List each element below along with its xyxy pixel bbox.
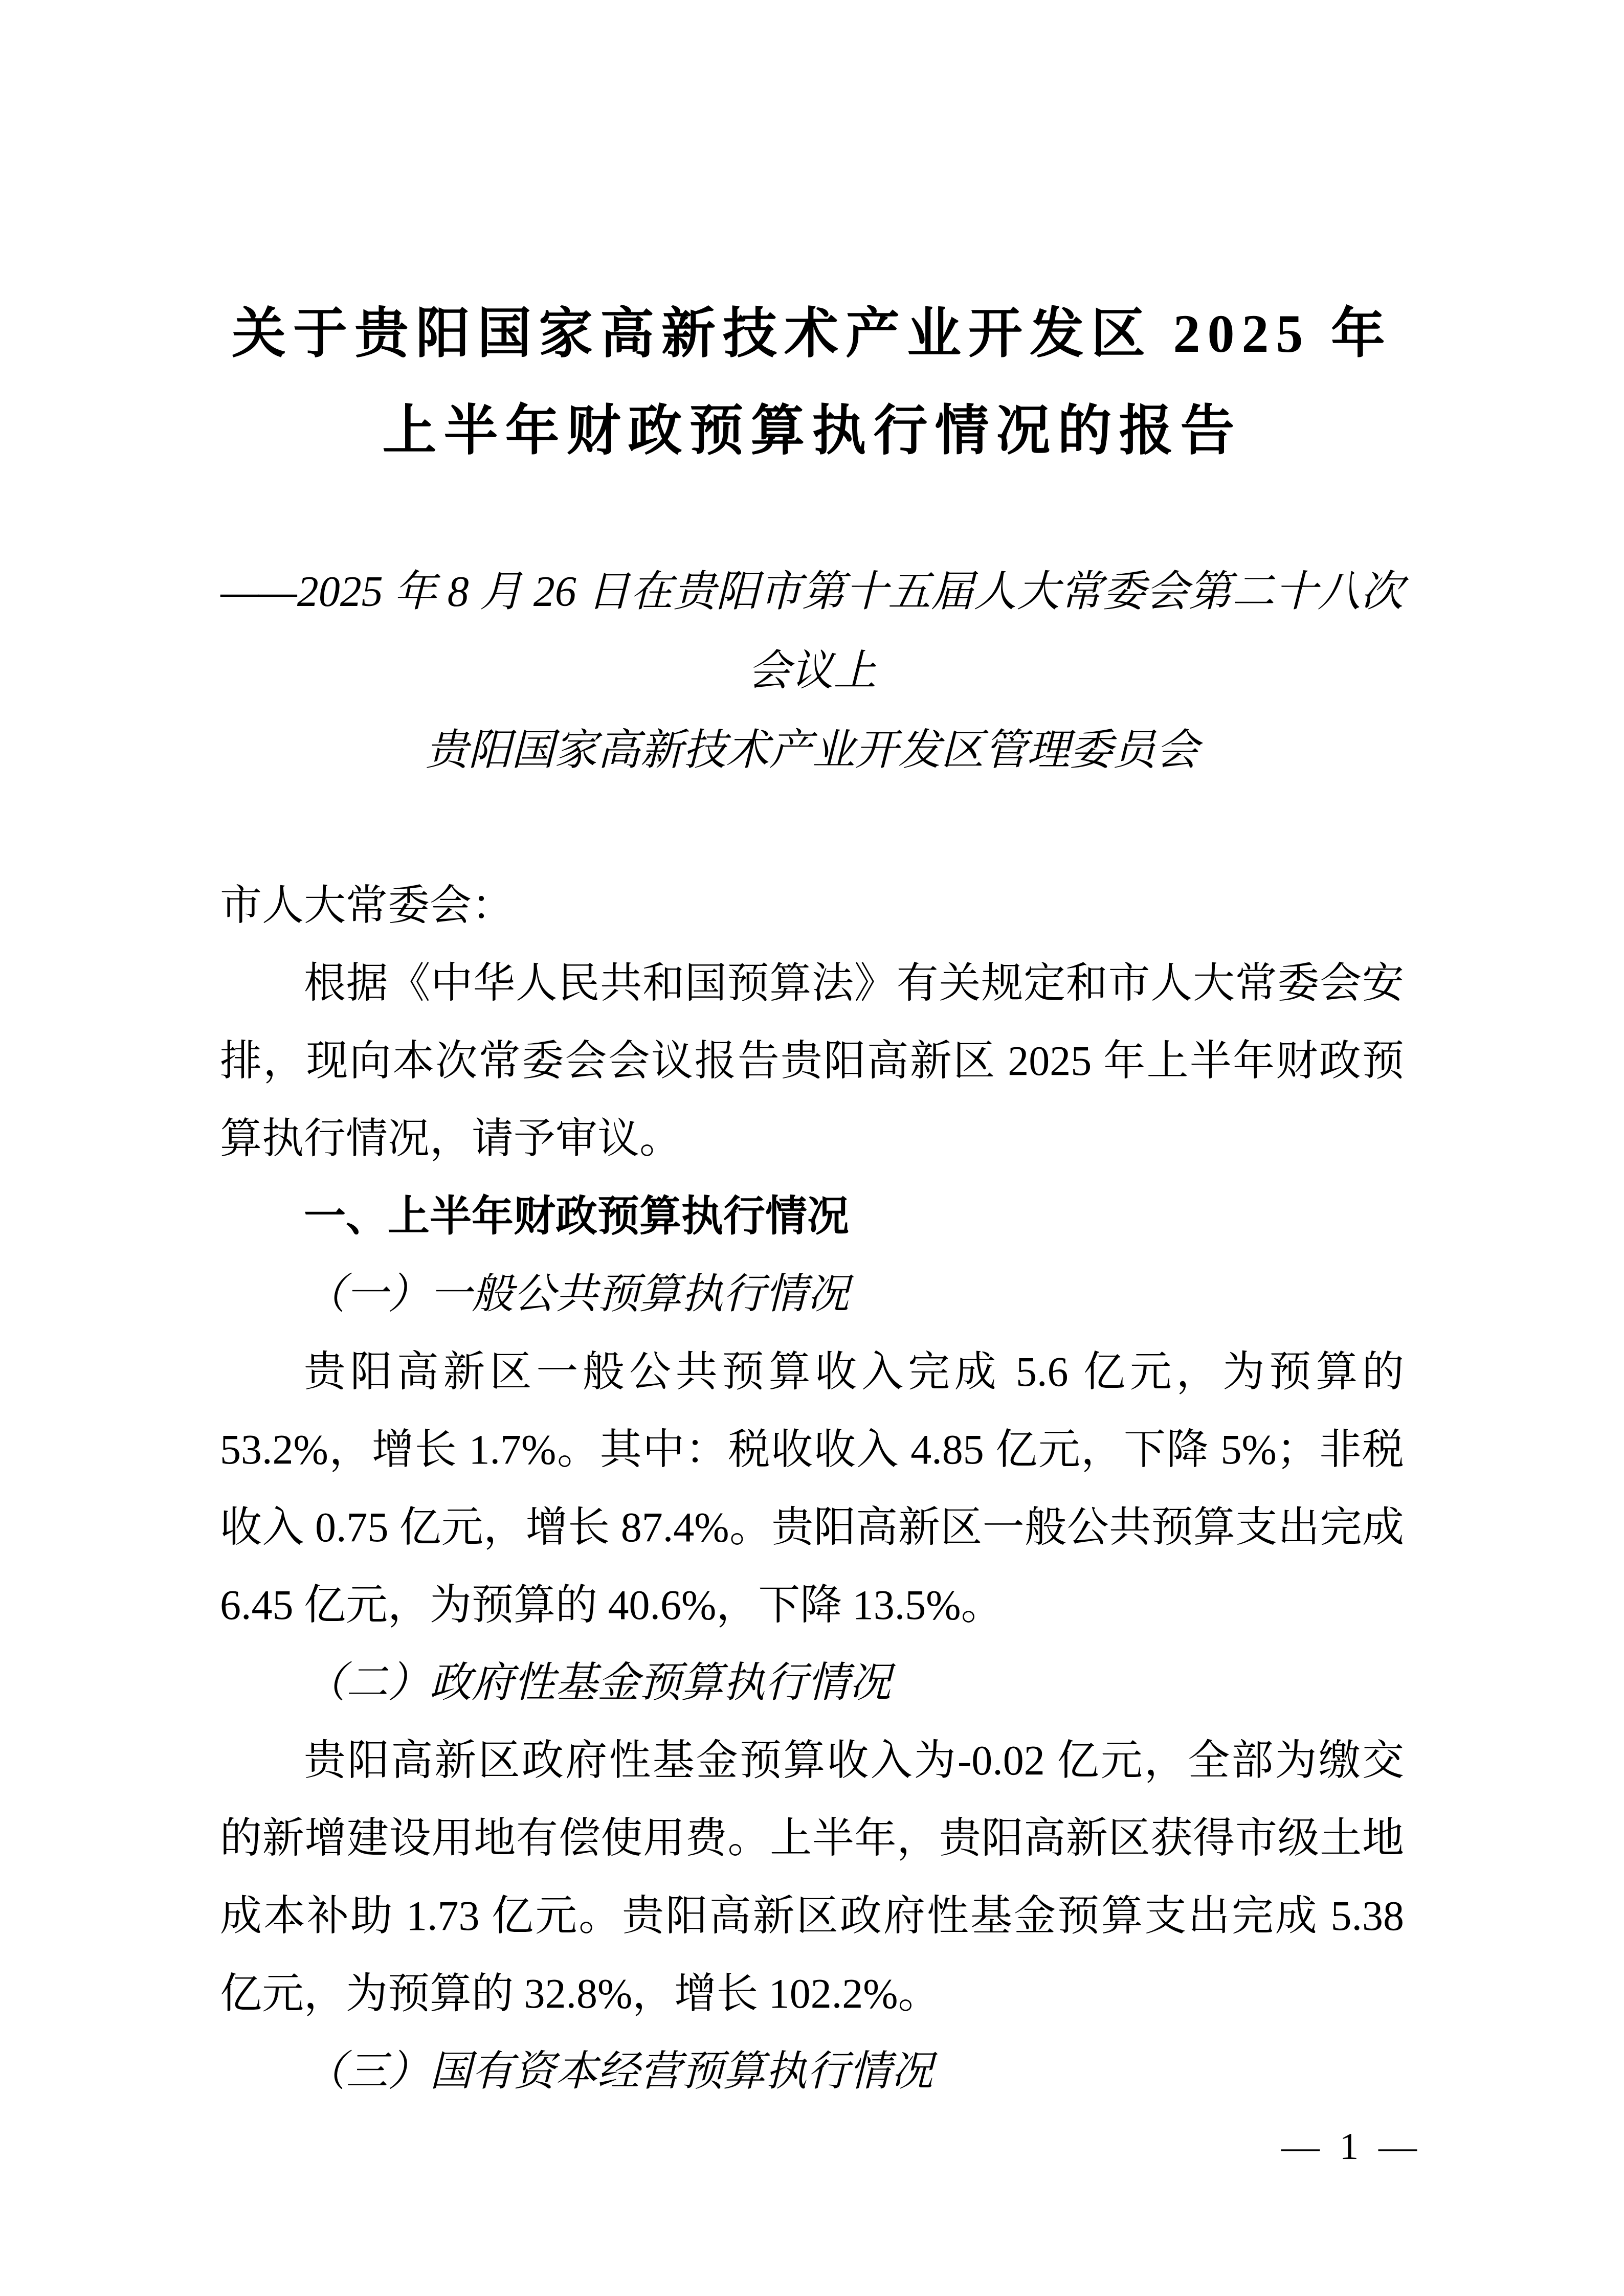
subsection-2-heading: （二）政府性基金预算执行情况 — [220, 1644, 1404, 1722]
subsection-3-heading: （三）国有资本经营预算执行情况 — [220, 2033, 1404, 2110]
document-page: 关于贵阳国家高新技术产业开发区 2025 年 上半年财政预算执行情况的报告 ——… — [0, 0, 1624, 2296]
document-body: 市人大常委会： 根据《中华人民共和国预算法》有关规定和市人大常委会安排，现向本次… — [220, 867, 1404, 2110]
subtitle-meeting-line: ——2025 年 8 月 26 日在贵阳市第十五届人大常委会第二十八次会议上 — [220, 552, 1404, 711]
subtitle-author-line: 贵阳国家高新技术产业开发区管理委员会 — [220, 711, 1404, 790]
page-number: — 1 — — [1281, 2127, 1422, 2166]
document-title-line1: 关于贵阳国家高新技术产业开发区 2025 年 — [220, 285, 1404, 382]
document-subtitle: ——2025 年 8 月 26 日在贵阳市第十五届人大常委会第二十八次会议上 贵… — [220, 552, 1404, 790]
intro-paragraph: 根据《中华人民共和国预算法》有关规定和市人大常委会安排，现向本次常委会会议报告贵… — [220, 944, 1404, 1178]
document-title-line2: 上半年财政预算执行情况的报告 — [220, 382, 1404, 480]
document-content: 关于贵阳国家高新技术产业开发区 2025 年 上半年财政预算执行情况的报告 ——… — [220, 0, 1404, 2110]
subsection-2-paragraph: 贵阳高新区政府性基金预算收入为-0.02 亿元，全部为缴交的新增建设用地有偿使用… — [220, 1722, 1404, 2033]
subsection-1-paragraph: 贵阳高新区一般公共预算收入完成 5.6 亿元，为预算的 53.2%，增长 1.7… — [220, 1333, 1404, 1644]
salutation: 市人大常委会： — [220, 867, 1404, 944]
document-title: 关于贵阳国家高新技术产业开发区 2025 年 上半年财政预算执行情况的报告 — [220, 285, 1404, 480]
subsection-1-heading: （一）一般公共预算执行情况 — [220, 1255, 1404, 1333]
section-1-heading: 一、上半年财政预算执行情况 — [220, 1178, 1404, 1255]
